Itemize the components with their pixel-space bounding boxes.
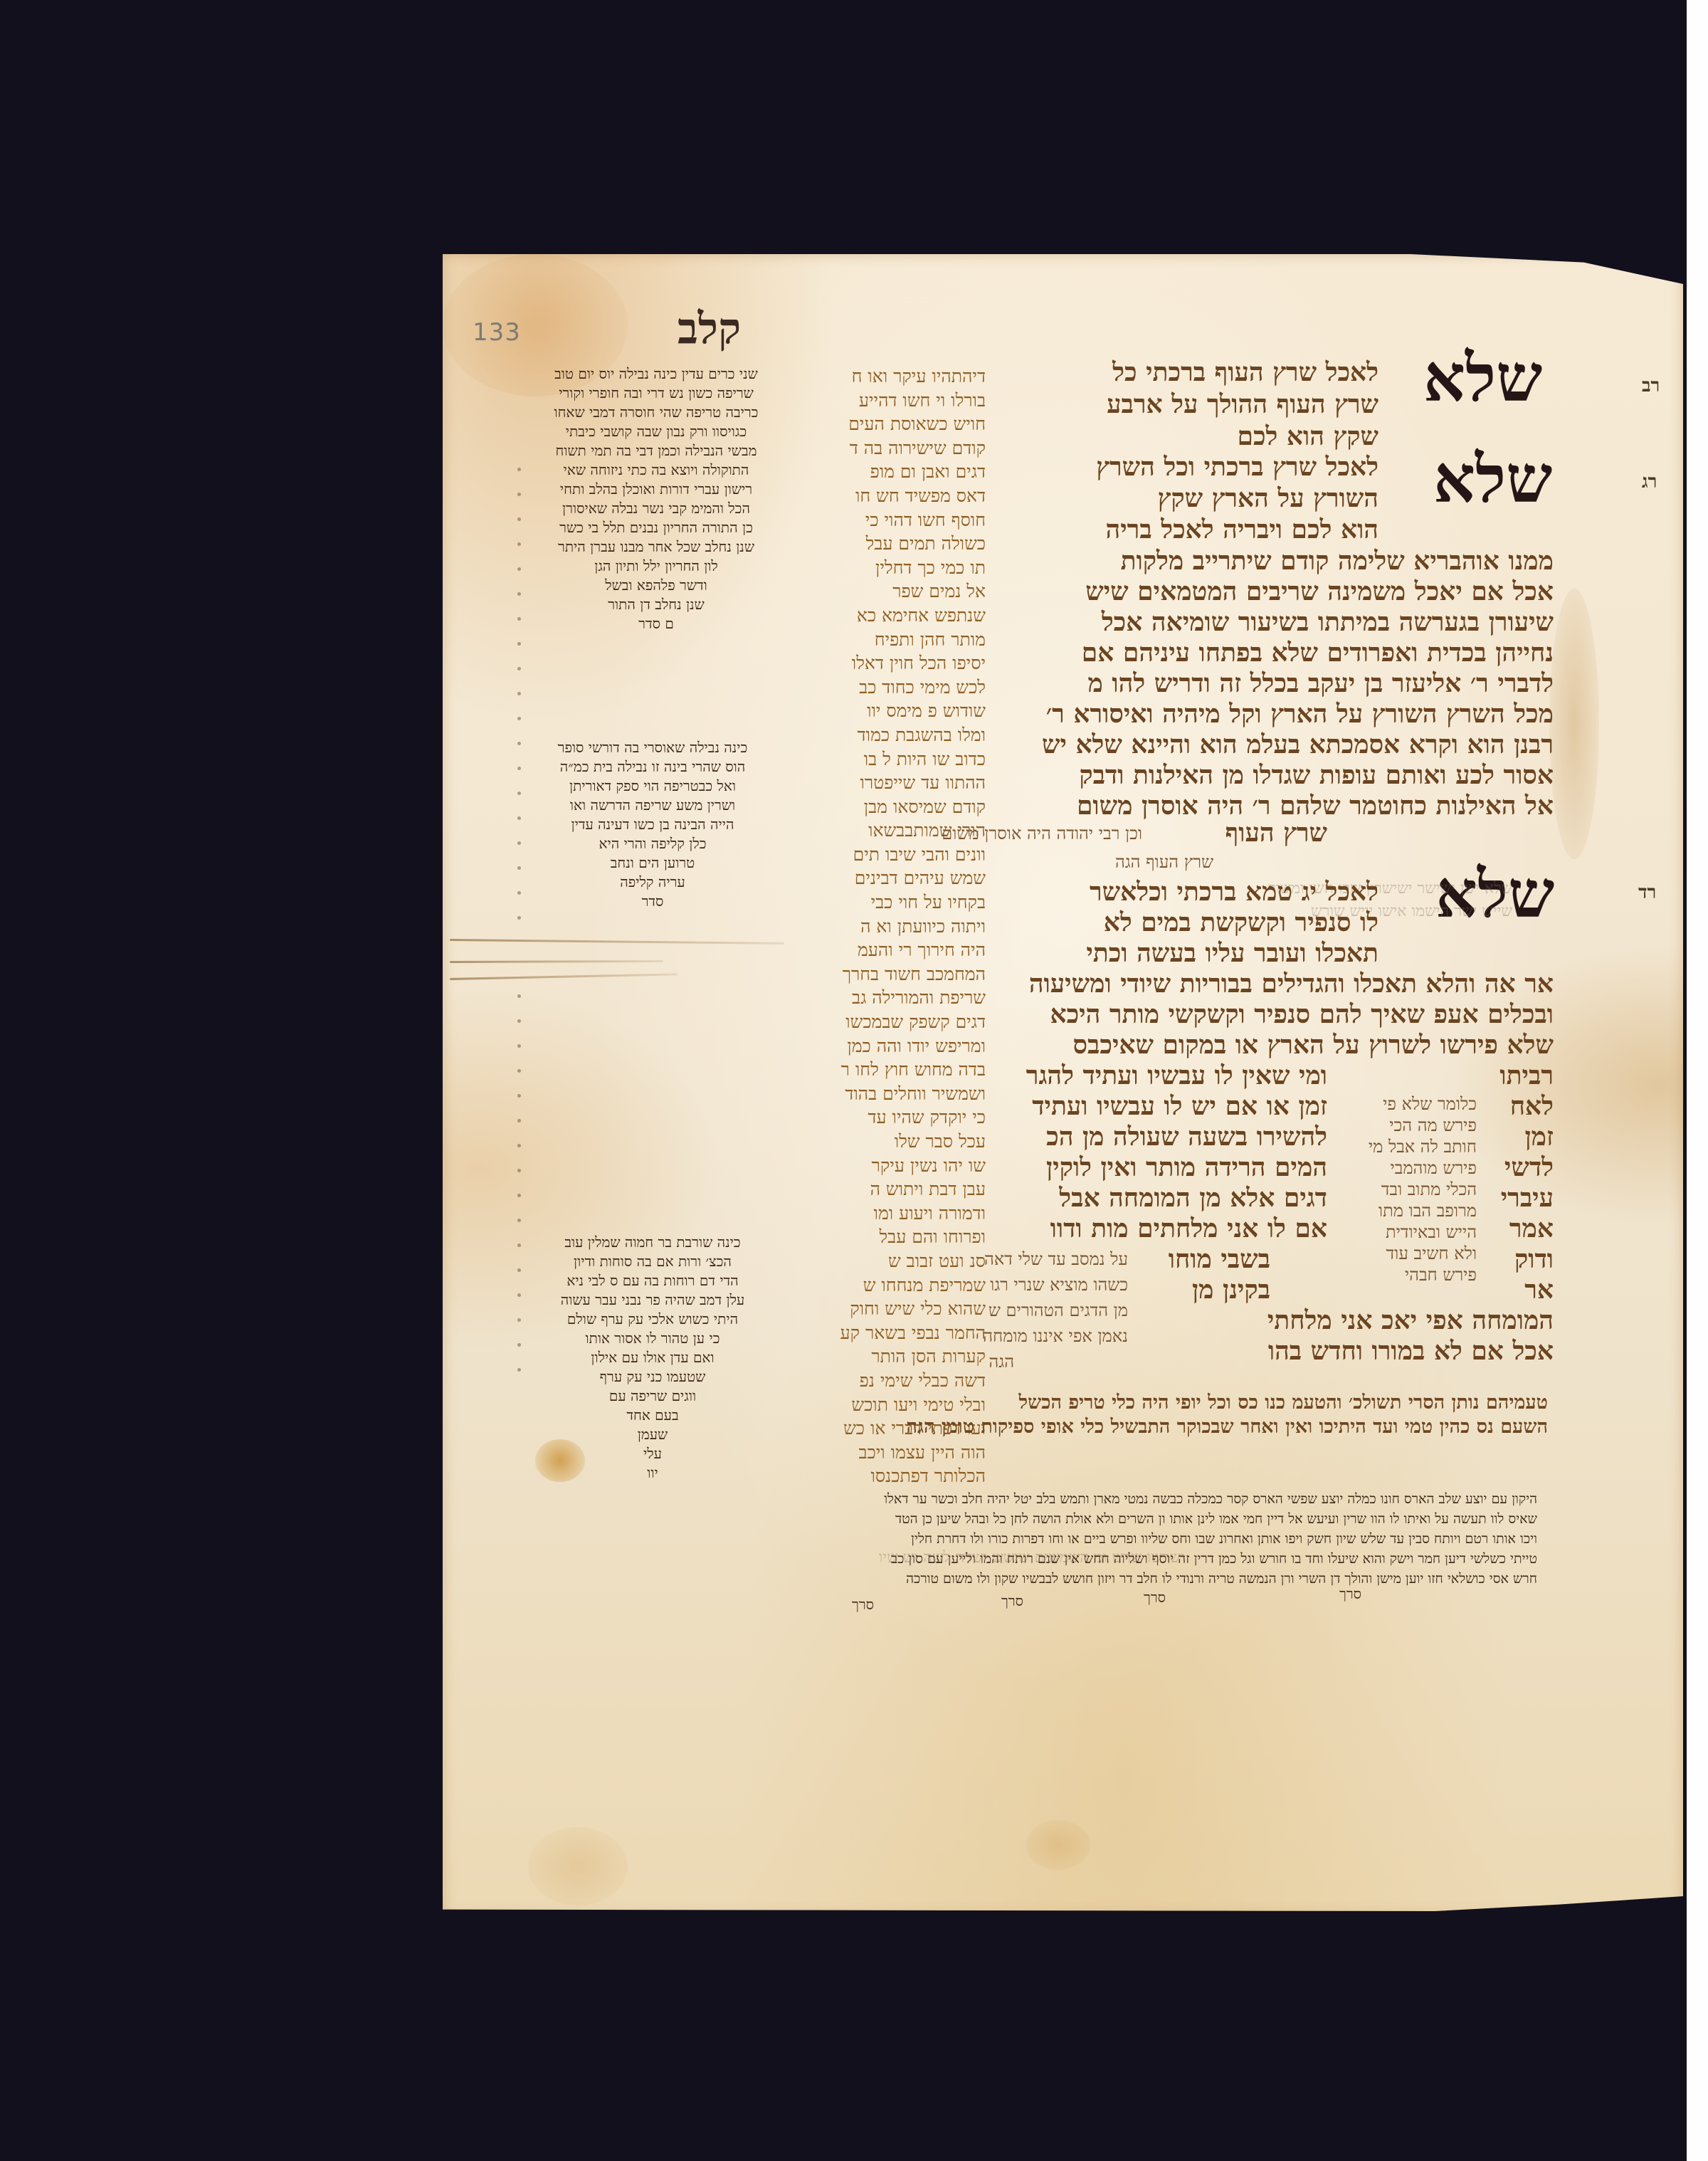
- margin-line: ואל כבטריפה הוי ספק דאוריתן: [549, 777, 756, 796]
- main-text-line: נחייהן בכדית ואפרודים שלא בפתחו עיניהם א…: [1082, 638, 1554, 668]
- lower-gloss-line: הגה: [989, 1352, 1014, 1372]
- column-line: דגים קשפק שבמכשו: [783, 1010, 986, 1034]
- lower-gloss-line: כשהו מוציא שנרי רגו: [990, 1275, 1128, 1295]
- column-line: כדוב שו היות ל בו: [783, 747, 986, 772]
- main-text-word: זמן: [1524, 1122, 1554, 1152]
- folio-number: 133: [473, 318, 521, 347]
- section-marker-1: רב: [1642, 375, 1660, 396]
- column-line: בקחיו על חוי כבי: [783, 890, 986, 915]
- catchword: סרך: [1339, 1585, 1361, 1603]
- main-text-line: מכל השרץ השורץ על הארץ וקל מיהיה ואיסורא…: [1046, 699, 1554, 729]
- margin-line: כינה שורבת בר חמוה שמלין עוב: [549, 1233, 756, 1252]
- margin-line: הכל והמימ קבי נשר נבלה שאיסורן: [549, 499, 763, 518]
- column-line: ההתוו עד שייפטרו: [783, 771, 986, 795]
- main-text-line: לדברי ר׳ אליעזר בן יעקב בכלל זה ודריש לה…: [1088, 668, 1554, 698]
- column-line: שריפת והמורילה גב: [783, 986, 986, 1010]
- margin-line: עריה קליפה: [549, 873, 756, 892]
- margin-line: ם סדר: [549, 614, 763, 633]
- margin-line: כי ען טהור לו אסור אותו: [549, 1329, 756, 1348]
- stain-main-vertical: [1549, 589, 1599, 859]
- margin-line: מבשי הנבילה וכמן דבי בה תמי תשוח: [549, 441, 763, 461]
- column-line: ופרוחו והם עבל: [783, 1225, 986, 1249]
- column-line: כי יוקדק שהיו עד: [783, 1105, 986, 1130]
- margin-line: שטעמו כני עק ערף: [549, 1367, 756, 1387]
- column-line: יסיפו הכל חוין דאלו: [783, 651, 986, 675]
- main-text-line: אכל אם יאכל משמינה שריבים המטמאים שיש: [1085, 577, 1554, 606]
- column-line: עכל סבר שלו: [783, 1130, 986, 1154]
- column-line: כשולה תמים עבל: [783, 532, 986, 556]
- catchword: סרך: [852, 1596, 874, 1614]
- main-text-line: אל האילנות כחוטמר שלהם ר׳ היה אוסרן משום: [1077, 791, 1554, 821]
- inner-gloss-line: פירש מה הכי: [1389, 1115, 1477, 1136]
- inner-gloss-line: הכלי מתוב ובד: [1381, 1179, 1477, 1200]
- margin-line: כריבה טריפה שהי חוסרה דמבי שאחו: [549, 403, 763, 422]
- main-text-line: השורץ על הארץ שקץ: [1158, 483, 1378, 513]
- margin-line: הוס שהרי בינה זו נבילה בית כמ״ה: [549, 757, 756, 777]
- main-text-line: שלא פירשו לשרוץ על הארץ או במקום שאיכבס: [1073, 1030, 1554, 1060]
- main-text-line: שיעורן בגערשה במיתתו בשיעור שומיאה אכל: [1102, 607, 1554, 637]
- main-text-line: שרץ העוף: [1225, 818, 1327, 848]
- margin-line: הדי דם רוחות בה עם ס לבי ניא: [549, 1271, 756, 1290]
- inner-gloss-line: כלומר שלא פי: [1383, 1094, 1477, 1115]
- column-line: הוה היין עצמו ויכב: [783, 1441, 986, 1465]
- margin-commentary-bottom: כינה שורבת בר חמוה שמלין עוב הכצ׳ ורות א…: [549, 1233, 756, 1483]
- margin-line: שריפה כשון נש דרי ובה חופרי וקורי: [549, 384, 763, 403]
- main-text-line: ומי שאין לו עבשיו ועתיד להגר: [1026, 1061, 1327, 1090]
- section-marker-3: רד: [1638, 882, 1656, 903]
- margin-line: שעמן: [549, 1425, 756, 1444]
- margin-line: ואם עדן אולו עם אילון: [549, 1348, 756, 1367]
- margin-line: רישון עברי דורות ואוכלן בהלב ותחי: [549, 480, 763, 499]
- column-line: שודוש פ מימס יוו: [783, 699, 986, 723]
- column-line: ויתוה כיוועתן וא ה: [783, 915, 986, 939]
- column-line: קודם שמיסאו מבן: [783, 795, 986, 819]
- section-marker-2: רג: [1642, 471, 1657, 493]
- margin-commentary-middle: כינה נבילה שאוסרי בה דורשי סופר הוס שהרי…: [549, 738, 756, 911]
- column-line: ומלו בהשגבת כמוד: [783, 723, 986, 747]
- column-line: לכש מימי כחוד כב: [783, 675, 986, 700]
- bottom-text-line: השעם נס כהין טמי ועד היתיכו ואין ואחר שב…: [907, 1416, 1548, 1438]
- main-text-line: שרץ העוף ההולך על ארבע: [1107, 389, 1378, 419]
- main-text-line: דגים אלא מן המומחה אבל: [1059, 1183, 1327, 1213]
- main-text-line: המומחה אפי יאכ אני מלחתי: [1267, 1305, 1554, 1335]
- column-line: תו כמי כך דחלין: [783, 556, 986, 580]
- inner-gloss-line: ולא חשיב עוד: [1386, 1244, 1477, 1264]
- main-text-line: ממנו אוהבריא שלימה קודם שיתרייב מלקות: [1121, 546, 1554, 576]
- main-text-word: אר: [1524, 1275, 1554, 1305]
- column-line: בורלו וי חשו דהייע: [783, 389, 986, 413]
- column-line: דיהתהיו עיקר ואו ח: [783, 364, 986, 389]
- margin-line: שני כרים עדין כינה נבילה יוס יום טוב: [549, 364, 763, 384]
- footnote-line: היקון עם יוצע שלב הארס חונו כמלה יוצע שפ…: [884, 1491, 1537, 1508]
- column-line: דגים ואבן ום מופ: [783, 460, 986, 484]
- margin-line: כלן קליפה והרי היא: [549, 834, 756, 853]
- main-text-line: תאכלו ועובר עליו בעשה וכתי: [1086, 938, 1378, 968]
- manuscript-page: 133 קלב שני כרים עדין כינה נבילה יוס יום…: [443, 254, 1683, 1916]
- main-text-line: לאכל שרץ ברכתי וכל השרץ: [1096, 452, 1378, 482]
- column-line: ומריפש יודו והה כמן: [783, 1034, 986, 1058]
- column-line: שהוא כלי שיש וחוק: [783, 1297, 986, 1321]
- lower-gloss-line: מן הדגים הטהורים ש: [989, 1300, 1128, 1321]
- main-text-line: הוא לכם ויבריה לאכל בריה: [1106, 515, 1378, 545]
- main-text-line: לו סנפיר וקשקשת במים לא: [1104, 908, 1378, 937]
- main-text-line: רביתו: [1499, 1061, 1554, 1090]
- column-line: שמריפת מנחחו ש: [783, 1273, 986, 1298]
- inner-gloss-line: פירש מוהמבי: [1390, 1158, 1477, 1179]
- column-line: מותר חהן ותפיח: [783, 628, 986, 652]
- margin-line: כגויסוו ורק נבון שבה קושבי כיבתי: [549, 422, 763, 441]
- column-line: המחמכב חשוד בחרך: [783, 962, 986, 987]
- margin-line: טרוען הים ונחב: [549, 853, 756, 873]
- stain-bottom-left: [528, 1827, 628, 1905]
- footnote-line: חרש אסי כושלאי חזו יוען מישן והולך דן הש…: [906, 1571, 1537, 1587]
- main-text-line: בקינן מן: [1192, 1275, 1270, 1305]
- column-line: דשה כבלי שימי נפ: [783, 1369, 986, 1393]
- main-text-line: לאכל יג טמא ברכתי וכלאשר: [1090, 877, 1378, 907]
- column-line: בדה מחוש חוץ לחו ר: [783, 1058, 986, 1082]
- margin-line: ושרין משע שריפה הדרשה ואו: [549, 796, 756, 815]
- main-text-word: לאח: [1510, 1091, 1554, 1121]
- column-line: ובלי טימי ויעו תוכש: [783, 1393, 986, 1417]
- main-text-line: אם לו אני מלחתים מות ודוו: [1050, 1214, 1327, 1244]
- column-line: קערות הסן הותר: [783, 1345, 986, 1369]
- main-text-line: המים הרידה מותר ואין לוקין: [1046, 1152, 1327, 1182]
- margin-line: כן התורה החריון נבנים תלל בי כשר: [549, 518, 763, 537]
- main-text-line: לאכל שרץ העוף ברכתי כל: [1112, 357, 1378, 387]
- main-text-line: בשבי מוחו: [1169, 1244, 1270, 1274]
- main-text-line: רבנן הוא וקרא אסמכתא בעלמ הוא והיינא שלא…: [1042, 730, 1554, 759]
- column-line: סנ ועט זבוב ש: [783, 1249, 986, 1273]
- main-text-line: אר אה והלא תאכלו והגדילים בבוריות שיודי …: [1029, 969, 1554, 999]
- inner-gloss-line: מרופב הבו מתו: [1378, 1201, 1477, 1221]
- column-line: החמר נבפי בשאר קע: [783, 1321, 986, 1345]
- gloss-line: וכן רבי יהודה היה אוסרן משום: [942, 824, 1142, 844]
- catchword: סרך: [1001, 1592, 1023, 1610]
- margin-line: עלן דמב שהיה פר נבני עבר עשוה: [549, 1290, 756, 1310]
- column-line: דאס מפשיד חש חו: [783, 484, 986, 508]
- column-line: הכלותר דפתכנסו: [783, 1464, 986, 1488]
- gloss-line: שרץ העוף הגה: [1115, 852, 1213, 873]
- margin-line: שנן נחלב שכל אחר מבנו עברן היתר: [549, 537, 763, 557]
- stain-bottom-2: [1026, 1820, 1090, 1870]
- column-line: אל נמים שפר: [783, 579, 986, 604]
- main-text-word: ודוק: [1514, 1244, 1554, 1274]
- margin-line: עלי: [549, 1444, 756, 1463]
- catchword: סרך: [1144, 1589, 1166, 1607]
- margin-line: ודשר פלהפא ובשל: [549, 576, 763, 595]
- fold-crease-1: [450, 939, 784, 945]
- margin-line: כינה נבילה שאוסרי בה דורשי סופר: [549, 738, 756, 757]
- column-line: קודם שישירוה בה ד: [783, 436, 986, 461]
- column-line: שנתפש אחימא כא: [783, 604, 986, 628]
- main-text-word: עיברי: [1501, 1183, 1554, 1213]
- middle-commentary-column: דיהתהיו עיקר ואו ח בורלו וי חשו דהייע חו…: [783, 364, 986, 1488]
- margin-line: ווגים שריפה עם: [549, 1387, 756, 1406]
- column-line: חויש כשאוסת העים: [783, 412, 986, 436]
- footnote-line: שאיס לוו תעשה על ואיתו לו הוו שרין ועיעש…: [895, 1511, 1537, 1528]
- section-heading-2: שלא: [1433, 441, 1552, 517]
- column-line: שו יהו נשין עיקר: [783, 1154, 986, 1178]
- column-line: ודמורה ויעוע ומו: [783, 1202, 986, 1226]
- margin-line: שנן נחלב דן התור: [549, 595, 763, 614]
- margin-line: התוקולה ויוצא בה כתי ניזוחה שאי: [549, 461, 763, 480]
- lower-gloss-line: נאמן אפי איננו מומחה: [983, 1326, 1128, 1347]
- column-line: וונים והבי שיבו תים: [783, 843, 986, 867]
- footnote-line: ויכו אותו רטם ויותח סבין עד שלש שיון חשק…: [911, 1531, 1537, 1547]
- inner-gloss-line: חותב לה אבל מי: [1369, 1137, 1477, 1157]
- section-heading-1: שלא: [1423, 340, 1542, 416]
- main-text-line: אסור לכע ואותם עופות שגדלו מן האילנות וד…: [1079, 760, 1554, 790]
- bottom-text-line: טעמיהם נותן הסרי תשולכ׳ והטעמ כנו כס וכל…: [1019, 1392, 1549, 1414]
- inner-gloss-line: פירש חבהי: [1405, 1265, 1477, 1285]
- main-text-word: אמר: [1509, 1214, 1554, 1244]
- right-white-strip: [1687, 0, 1708, 2161]
- column-line: חוסף חשו דהוי כי: [783, 508, 986, 532]
- margin-line: יוו: [549, 1463, 756, 1483]
- margin-line: בעם אחד: [549, 1406, 756, 1425]
- footnote-line: טייתי כשלשי דיען חמר וישק והוא שיעלו וחד…: [891, 1551, 1537, 1567]
- margin-line: סדר: [549, 892, 756, 911]
- margin-line: הייה הבינה בן כשו דעינה עדין: [549, 815, 756, 834]
- main-text-word: לדשי: [1504, 1152, 1554, 1182]
- column-line: ושמשיר ווחלים בהוד: [783, 1082, 986, 1106]
- column-line: עבן דבת ויתוש ה: [783, 1177, 986, 1202]
- fold-crease-2: [450, 960, 663, 963]
- margin-line: היתי כשוש אלכי עק ערף שולם: [549, 1310, 756, 1329]
- main-text-line: אכל אם לא במורו וחדש בהו: [1268, 1336, 1554, 1366]
- running-head: קלב: [678, 304, 741, 354]
- fold-crease-3: [450, 973, 678, 980]
- column-line: שמש עיהים דבינים: [783, 866, 986, 890]
- main-text-line: להשירו בשעה שעולה מן הכ: [1046, 1122, 1327, 1152]
- lower-gloss-line: על נמסב עד שלי דאה: [984, 1249, 1128, 1270]
- inner-gloss-line: הייש ובאיודית: [1386, 1222, 1477, 1243]
- main-text-line: זמן או אם יש לו עבשיו ועתיד: [1032, 1091, 1327, 1121]
- main-text-line: ובכלים אעפ שאיך להם סנפיר וקשקשי מותר הי…: [1050, 999, 1554, 1029]
- margin-line: הכצ׳ ורות אם בה סוחות ודיון: [549, 1252, 756, 1271]
- margin-line: לון החריון ילל ותיון הגן: [549, 557, 763, 576]
- margin-commentary-top: שני כרים עדין כינה נבילה יוס יום טוב שרי…: [549, 364, 763, 633]
- column-line: היה חירוך רי והעמ: [783, 938, 986, 962]
- main-text-line: שקץ הוא לכם: [1237, 421, 1378, 451]
